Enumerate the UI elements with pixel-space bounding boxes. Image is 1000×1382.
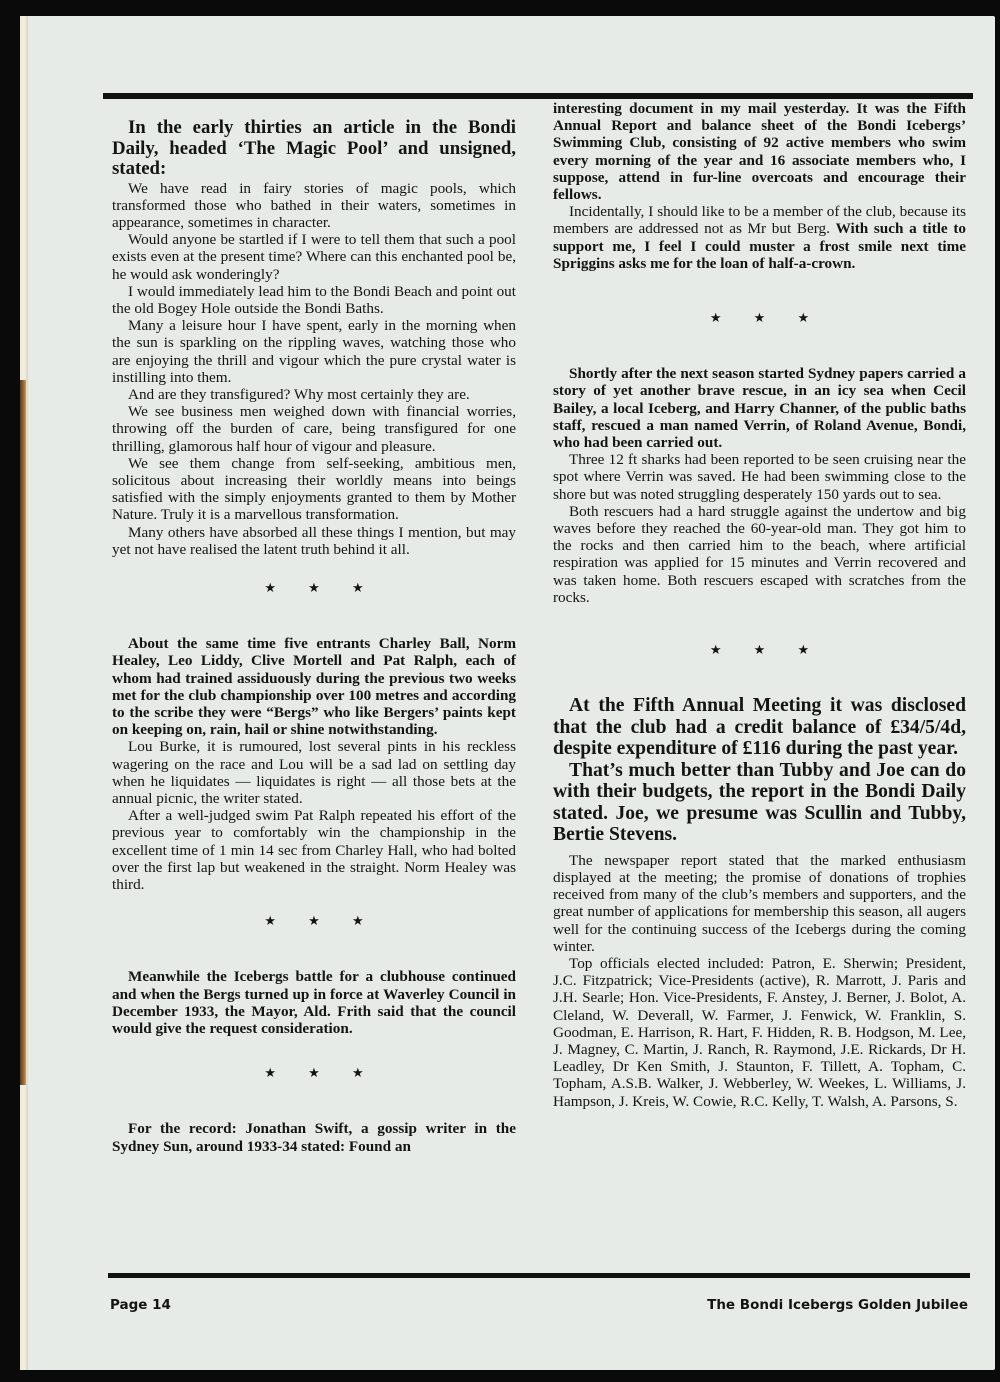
championship-intro: About the same time five entrants Charle… bbox=[112, 635, 516, 738]
paragraph: Incidentally, I should like to be a memb… bbox=[553, 203, 966, 272]
budget-heading: That’s much better than Tubby and Joe ca… bbox=[553, 760, 966, 846]
paragraph: Both rescuers had a hard struggle agains… bbox=[553, 503, 966, 606]
paragraph: Lou Burke, it is rumoured, lost several … bbox=[112, 738, 516, 807]
annual-meeting-article: At the Fifth Annual Meeting it was discl… bbox=[553, 695, 966, 1110]
paragraph: We see business men weighed down with fi… bbox=[112, 403, 516, 455]
annual-meeting-heading: At the Fifth Annual Meeting it was discl… bbox=[553, 695, 966, 760]
record-continued-text: interesting document in my mail yesterda… bbox=[553, 100, 966, 203]
record-intro: For the record: Jonathan Swift, a gossip… bbox=[112, 1120, 516, 1154]
page-binding-edge bbox=[20, 380, 26, 1085]
rescue-intro: Shortly after the next season started Sy… bbox=[553, 365, 966, 451]
section-separator-stars: ★ ★ ★ bbox=[553, 310, 966, 327]
paragraph: Many a leisure hour I have spent, early … bbox=[112, 317, 516, 386]
paragraph: We see them change from self-seeking, am… bbox=[112, 455, 516, 524]
section-separator-stars: ★ ★ ★ bbox=[112, 1065, 516, 1082]
magic-pool-heading: In the early thirties an article in the … bbox=[112, 118, 516, 180]
paragraph: And are they transfigured? Why most cert… bbox=[112, 386, 516, 403]
paragraph: Three 12 ft sharks had been reported to … bbox=[553, 451, 966, 503]
page-number: Page 14 bbox=[110, 1297, 171, 1313]
record-article: For the record: Jonathan Swift, a gossip… bbox=[112, 1120, 516, 1154]
section-separator-stars: ★ ★ ★ bbox=[112, 580, 516, 597]
section-separator-stars: ★ ★ ★ bbox=[553, 642, 966, 659]
paragraph: Many others have absorbed all these thin… bbox=[112, 524, 516, 558]
paragraph: I would immediately lead him to the Bond… bbox=[112, 283, 516, 317]
right-column: interesting document in my mail yesterda… bbox=[553, 100, 966, 1110]
championship-article: About the same time five entrants Charle… bbox=[112, 635, 516, 893]
left-column: In the early thirties an article in the … bbox=[112, 118, 516, 1155]
magic-pool-article: In the early thirties an article in the … bbox=[112, 118, 516, 558]
clubhouse-article: Meanwhile the Icebergs battle for a club… bbox=[112, 968, 516, 1037]
officials-list: Top officials elected included: Patron, … bbox=[553, 955, 966, 1110]
record-article-continued: interesting document in my mail yesterda… bbox=[553, 100, 966, 272]
paragraph: After a well-judged swim Pat Ralph repea… bbox=[112, 807, 516, 893]
section-separator-stars: ★ ★ ★ bbox=[112, 913, 516, 930]
rescue-article: Shortly after the next season started Sy… bbox=[553, 365, 966, 606]
paragraph: We have read in fairy stories of magic p… bbox=[112, 180, 516, 232]
paragraph: Would anyone be startled if I were to te… bbox=[112, 231, 516, 283]
paragraph: The newspaper report stated that the mar… bbox=[553, 852, 966, 955]
top-rule bbox=[103, 93, 973, 99]
bottom-rule bbox=[108, 1273, 970, 1278]
publication-title: The Bondi Icebergs Golden Jubilee bbox=[707, 1297, 968, 1313]
clubhouse-intro: Meanwhile the Icebergs battle for a club… bbox=[112, 968, 516, 1037]
